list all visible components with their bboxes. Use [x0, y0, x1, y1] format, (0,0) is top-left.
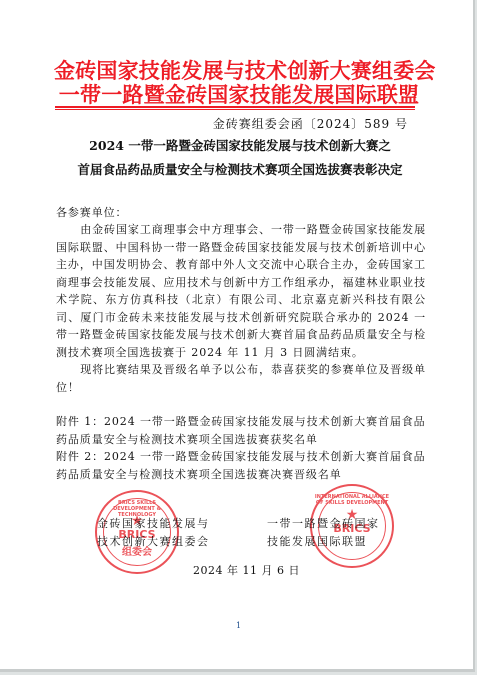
signature-line-1: 金砖国家技能发展与 [97, 515, 210, 533]
page-number: 1 [236, 621, 241, 630]
red-rule-thick [55, 106, 415, 108]
signature-line-1: 一带一路暨金砖国家 [267, 515, 380, 533]
document-title-line-2: 首届食品药品质量安全与检测技术赛项全国选拔赛表彰决定 [40, 160, 440, 178]
seal-arc-text: INTERNATIONAL ALLIANCE OF SKILLS DEVELOP… [312, 494, 392, 506]
salutation: 各参赛单位： [56, 204, 426, 222]
header-line-2: 一带一路暨金砖国家技能发展国际联盟 [54, 82, 424, 108]
body-paragraph-2: 现将比赛结果及晋级名单予以公布，恭喜获奖的参赛单位及晋级单位！ [56, 361, 426, 396]
attachments-list: 附件 1：2024 一带一路暨金砖国家技能发展与技术创新大赛首届食品药品质量安全… [56, 413, 426, 483]
paragraph-text: 现将比赛结果及晋级名单予以公布，恭喜获奖的参赛单位及晋级单位！ [56, 361, 426, 396]
signature-block-2: 一带一路暨金砖国家 技能发展国际联盟 [267, 515, 380, 551]
document-page: 金砖国家技能发展与技术创新大赛组委会 一带一路暨金砖国家技能发展国际联盟 金砖赛… [0, 0, 475, 672]
red-rule-thin [55, 109, 415, 110]
signature-block-1: 金砖国家技能发展与 技术创新大赛组委会 [97, 515, 210, 551]
attachment-2: 附件 2：2024 一带一路暨金砖国家技能发展与技术创新大赛首届食品药品质量安全… [56, 448, 426, 483]
signature-line-2: 技能发展国际联盟 [267, 533, 380, 551]
header-line-1: 金砖国家技能发展与技术创新大赛组委会 [54, 58, 424, 84]
body-paragraph-1: 由金砖国家工商理事会中方理事会、一带一路暨金砖国家技能发展国际联盟、中国科协一带… [56, 221, 426, 361]
paragraph-text: 由金砖国家工商理事会中方理事会、一带一路暨金砖国家技能发展国际联盟、中国科协一带… [56, 221, 426, 361]
signature-line-2: 技术创新大赛组委会 [97, 533, 210, 551]
attachment-1: 附件 1：2024 一带一路暨金砖国家技能发展与技术创新大赛首届食品药品质量安全… [56, 413, 426, 448]
document-number: 金砖赛组委会函〔2024〕589 号 [213, 115, 408, 132]
document-title-line-1: 2024 一带一路暨金砖国家技能发展与技术创新大赛之 [40, 136, 440, 154]
issue-date: 2024 年 11 月 6 日 [193, 562, 300, 578]
